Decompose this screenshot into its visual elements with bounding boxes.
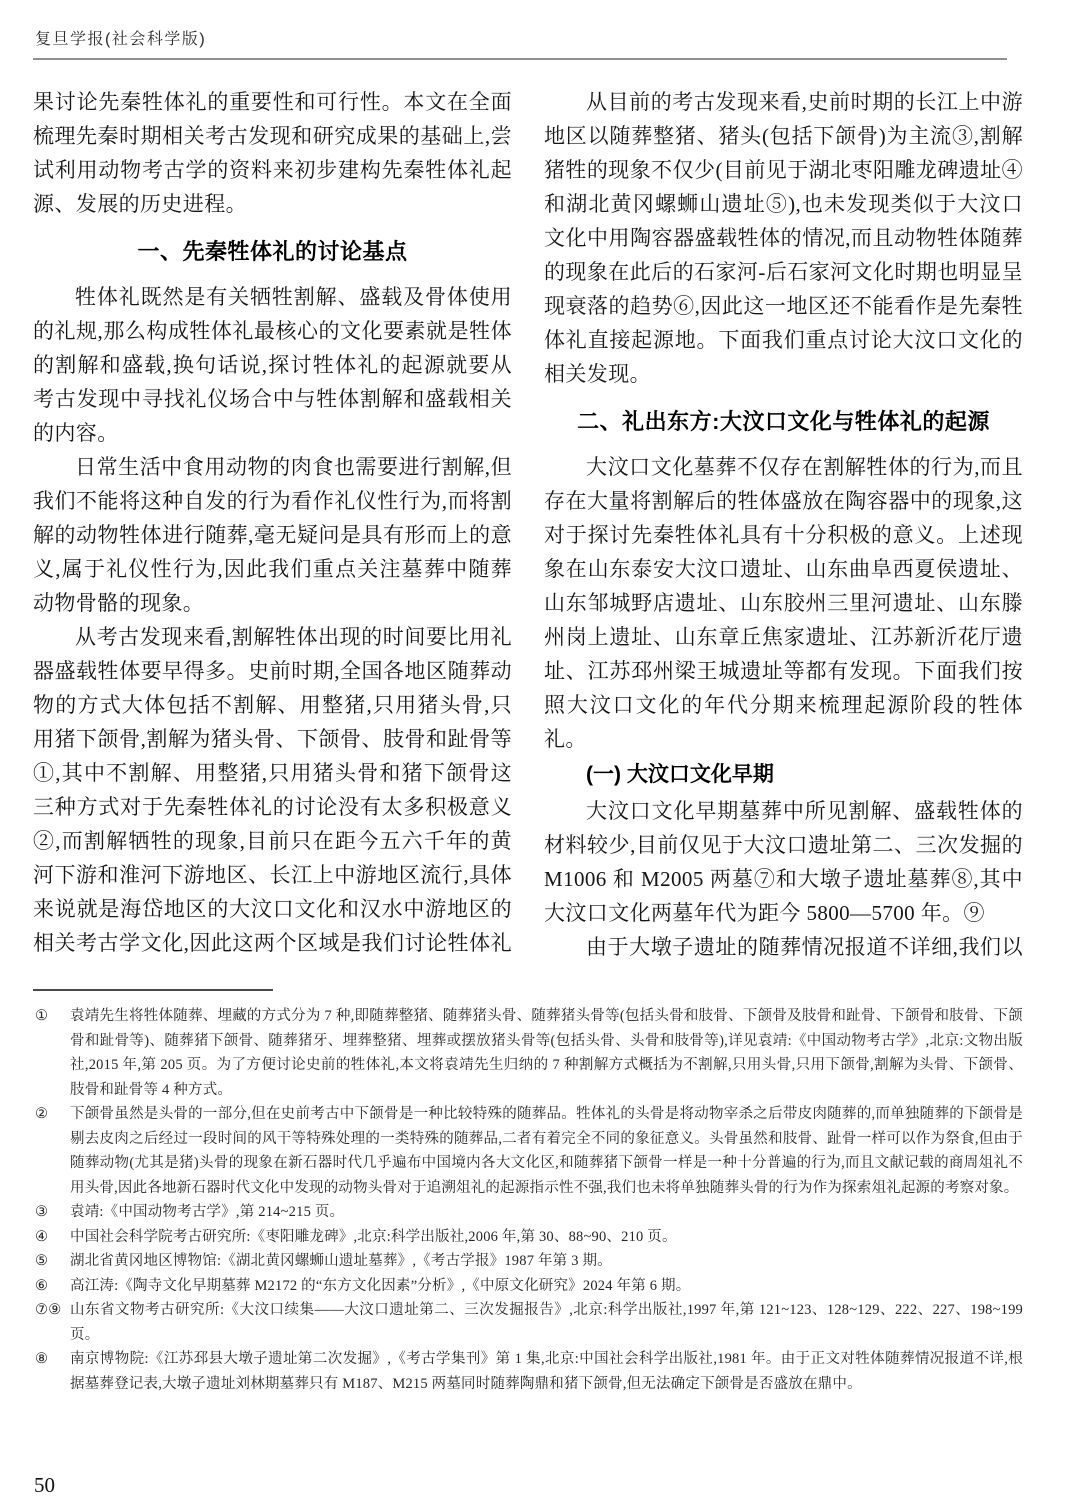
paragraph: 牲体礼既然是有关牺牲割解、盛载及骨体使用的礼规,那么构成牲体礼最核心的文化要素就… (33, 280, 512, 450)
footnote-marker: ④ (35, 1225, 48, 1250)
footnote-text: 袁靖先生将牲体随葬、埋藏的方式分为 7 种,即随葬整猪、随葬猪头骨、随葬猪头骨等… (70, 1008, 1023, 1098)
footnote: ① 袁靖先生将牲体随葬、埋藏的方式分为 7 种,即随葬整猪、随葬猪头骨、随葬猪头… (33, 1004, 1023, 1102)
page-number: 50 (34, 1473, 55, 1498)
footnote-text: 南京博物院:《江苏邳县大墩子遗址第二次发掘》,《考古学集刊》第 1 集,北京:中… (70, 1351, 1023, 1392)
article-body: 果讨论先秦牲体礼的重要性和可行性。本文在全面梳理先秦时期相关考古发现和研究成果的… (33, 85, 1023, 961)
footnote: ⑥ 高江涛:《陶寺文化早期墓葬 M2172 的“东方文化因素”分析》,《中原文化… (33, 1274, 1023, 1299)
footnote-marker: ⑧ (35, 1347, 48, 1372)
footnote-marker: ⑦⑨ (35, 1298, 61, 1323)
paragraph: 大汶口文化墓葬不仅存在割解牲体的行为,而且存在大量将割解后的牲体盛放在陶容器中的… (544, 450, 1023, 756)
footnote-marker: ③ (35, 1200, 48, 1225)
paragraph: 从考古发现来看,割解牲体出现的时间要比用礼器盛载牲体要早得多。史前时期,全国各地… (33, 620, 512, 961)
paragraph: 从目前的考古发现来看,史前时期的长江上中游地区以随葬整猪、猪头(包括下颌骨)为主… (544, 85, 1023, 391)
footnote-separator (33, 989, 273, 991)
page-header: 复旦学报(社会科学版) (33, 26, 1023, 60)
footnote: ⑤ 湖北省黄冈地区博物馆:《湖北黄冈螺蛳山遗址墓葬》,《考古学报》1987 年第… (33, 1249, 1023, 1274)
paragraph-continuation: 果讨论先秦牲体礼的重要性和可行性。本文在全面梳理先秦时期相关考古发现和研究成果的… (33, 85, 512, 221)
paragraph: 日常生活中食用动物的肉食也需要进行割解,但我们不能将这种自发的行为看作礼仪性行为… (33, 450, 512, 620)
footnote-marker: ⑤ (35, 1249, 48, 1274)
footnote-text: 高江涛:《陶寺文化早期墓葬 M2172 的“东方文化因素”分析》,《中原文化研究… (70, 1278, 690, 1294)
footnote-marker: ⑥ (35, 1274, 48, 1299)
right-column: 从目前的考古发现来看,史前时期的长江上中游地区以随葬整猪、猪头(包括下颌骨)为主… (544, 85, 1023, 961)
subsection-heading: (一) 大汶口文化早期 (544, 756, 1023, 794)
paragraph: 大汶口文化早期墓葬中所见割解、盛载牲体的材料较少,目前仅见于大汶口遗址第二、三次… (544, 794, 1023, 930)
footnote-text: 袁靖:《中国动物考古学》,第 214~215 页。 (70, 1204, 344, 1220)
section-heading-2: 二、礼出东方:大汶口文化与牲体礼的起源 (544, 405, 1023, 439)
footnote-text: 下颌骨虽然是头骨的一部分,但在史前考古中下颌骨是一种比较特殊的随葬品。牲体礼的头… (70, 1106, 1023, 1196)
left-column: 果讨论先秦牲体礼的重要性和可行性。本文在全面梳理先秦时期相关考古发现和研究成果的… (33, 85, 512, 961)
footnote-marker: ② (35, 1102, 48, 1127)
header-rule (33, 58, 1007, 60)
footnote: ④ 中国社会科学院考古研究所:《枣阳雕龙碑》,北京:科学出版社,2006 年,第… (33, 1225, 1023, 1250)
footnote-text: 湖北省黄冈地区博物馆:《湖北黄冈螺蛳山遗址墓葬》,《考古学报》1987 年第 3… (70, 1253, 612, 1269)
footnote-text: 山东省文物考古研究所:《大汶口续集——大汶口遗址第二、三次发掘报告》,北京:科学… (70, 1302, 1023, 1343)
footnote-text: 中国社会科学院考古研究所:《枣阳雕龙碑》,北京:科学出版社,2006 年,第 3… (70, 1229, 677, 1245)
journal-title: 复旦学报(社会科学版) (33, 26, 1023, 49)
footnotes-section: ① 袁靖先生将牲体随葬、埋藏的方式分为 7 种,即随葬整猪、随葬猪头骨、随葬猪头… (33, 989, 1023, 1396)
footnote-marker: ① (35, 1004, 48, 1029)
journal-page: 复旦学报(社会科学版) 果讨论先秦牲体礼的重要性和可行性。本文在全面梳理先秦时期… (0, 0, 1080, 1510)
section-heading-1: 一、先秦牲体礼的讨论基点 (33, 235, 512, 269)
footnote: ② 下颌骨虽然是头骨的一部分,但在史前考古中下颌骨是一种比较特殊的随葬品。牲体礼… (33, 1102, 1023, 1200)
footnote: ⑦⑨ 山东省文物考古研究所:《大汶口续集——大汶口遗址第二、三次发掘报告》,北京… (33, 1298, 1023, 1347)
paragraph: 由于大墩子遗址的随葬情况报道不详细,我们以大汶口遗址为例来进行说明。大汶口遗址的… (544, 930, 1023, 961)
footnote: ③ 袁靖:《中国动物考古学》,第 214~215 页。 (33, 1200, 1023, 1225)
footnote: ⑧ 南京博物院:《江苏邳县大墩子遗址第二次发掘》,《考古学集刊》第 1 集,北京… (33, 1347, 1023, 1396)
